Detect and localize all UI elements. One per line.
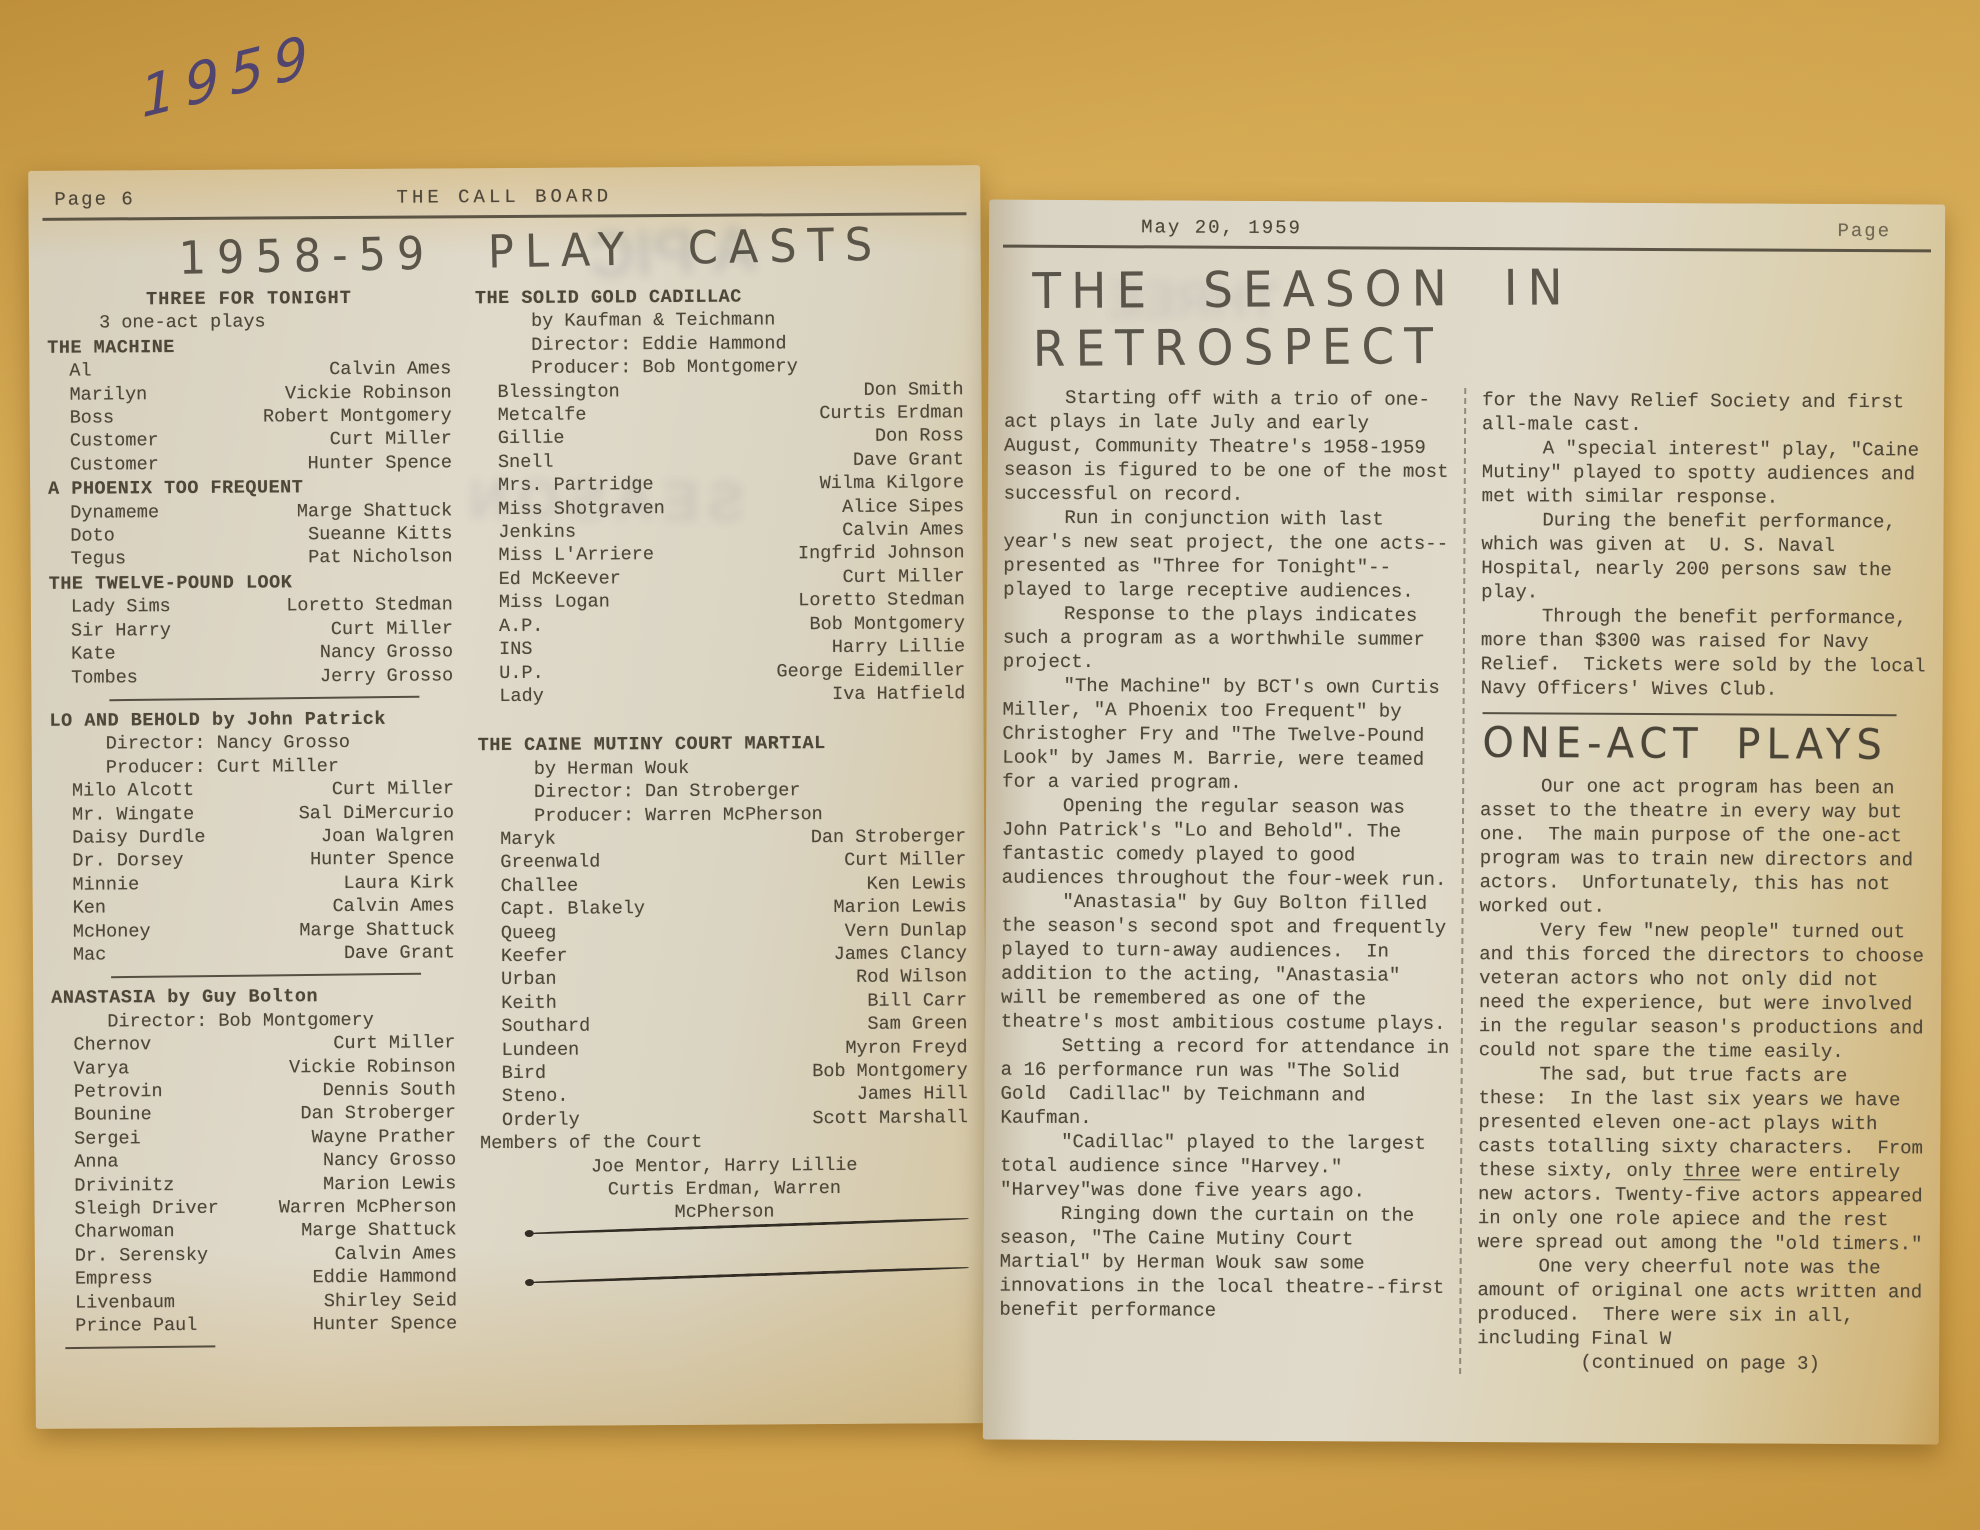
role-name: Customer <box>70 430 159 454</box>
role-name: INS <box>499 638 532 662</box>
cast-row: LivenbaumShirley Seid <box>53 1289 457 1315</box>
role-name: Varya <box>74 1057 130 1081</box>
actor-name: Joan Walgren <box>321 824 454 848</box>
cast-row: INSHarry Lillie <box>477 635 965 661</box>
cast-row: LadyIva Hatfield <box>477 682 965 708</box>
paragraph: "The Machine" by BCT's own Curtis Miller… <box>1002 674 1455 796</box>
role-name: Bird <box>502 1062 547 1086</box>
actor-name: Scott Marshall <box>812 1106 968 1130</box>
cast-row: U.P.George Eidemiller <box>477 659 965 685</box>
credit-list: Director: Nancy GrossoProducer: Curt Mil… <box>50 731 454 780</box>
actor-name: Sueanne Kitts <box>308 522 452 546</box>
paragraph: Opening the regular season was John Patr… <box>1002 794 1454 892</box>
actor-name: Ken Lewis <box>867 872 967 896</box>
role-name: Capt. Blakely <box>501 897 645 921</box>
cast-row: Sir HarryCurt Miller <box>49 617 453 643</box>
cast-row: MetcalfeCurtis Erdman <box>476 401 964 427</box>
cast-row: McHoneyMarge Shattuck <box>51 918 455 944</box>
left-column-2: THE SOLID GOLD CADILLAC by Kaufman & Tei… <box>475 283 970 1355</box>
role-name: Miss Logan <box>499 591 610 615</box>
cast-row: BirdBob Montgomery <box>480 1059 968 1085</box>
actor-name: Curt Miller <box>332 777 454 801</box>
actor-name: George Eidemiller <box>776 659 965 684</box>
role-name: Sir Harry <box>71 619 171 643</box>
actor-name: Laura Kirk <box>343 871 454 895</box>
cast-row: Milo AlcottCurt Miller <box>50 777 454 803</box>
cast-row: Ed McKeeverCurt Miller <box>477 565 965 591</box>
actor-name: Don Ross <box>875 425 964 449</box>
cast-row: SergeiWayne Prather <box>52 1125 456 1151</box>
cast-list: Lady SimsLoretto StedmanSir HarryCurt Mi… <box>49 594 454 690</box>
actor-name: Jerry Grosso <box>320 664 453 688</box>
left-page-header: Page 6 THE CALL BOARD <box>42 183 966 215</box>
cast-row: Capt. BlakelyMarion Lewis <box>479 895 967 921</box>
actor-name: Shirley Seid <box>324 1289 457 1313</box>
actor-name: Bob Montgomery <box>809 612 965 636</box>
cast-row: SnellDave Grant <box>476 448 964 474</box>
actor-name: Sam Green <box>867 1012 967 1036</box>
actor-name: Alice Sipes <box>842 495 964 519</box>
actor-name: Loretto Stedman <box>798 588 965 612</box>
role-name: Queeg <box>501 921 557 945</box>
role-name: Maryk <box>500 828 556 852</box>
actor-name: Ingfrid Johnson <box>798 542 965 566</box>
cast-row: MarykDan Stroberger <box>478 825 966 851</box>
paragraph-group: A "special interest" play, "Caine Mutiny… <box>1481 436 1928 702</box>
credit-line: Director: Dan Stroberger <box>478 778 966 804</box>
actor-name: Calvin Ames <box>842 518 964 542</box>
role-name: Blessington <box>497 380 619 404</box>
actor-name: Curt Miller <box>333 1032 455 1056</box>
role-name: Lady Sims <box>71 595 171 619</box>
paragraph: "Cadillac" played to the largest total a… <box>1000 1130 1452 1204</box>
program-title: THREE FOR TONIGHT <box>47 286 451 312</box>
actor-name: Marge Shattuck <box>301 1219 457 1243</box>
role-name: Ken <box>73 897 106 921</box>
cast-row: Miss ShotgravenAlice Sipes <box>476 495 964 521</box>
role-name: Lundeen <box>501 1038 579 1062</box>
role-name: Tegus <box>70 548 126 572</box>
cast-row: OrderlyScott Marshall <box>480 1106 968 1132</box>
cast-row: PetrovinDennis South <box>52 1078 456 1104</box>
play-name: THE MACHINE <box>47 334 451 360</box>
cast-row: MacDave Grant <box>51 941 455 967</box>
actor-name: Curt Miller <box>331 617 453 641</box>
role-name: Orderly <box>502 1108 580 1132</box>
role-name: Charwoman <box>75 1220 175 1244</box>
role-name: Keith <box>501 991 557 1015</box>
role-name: Chernov <box>73 1033 151 1057</box>
paragraph: Starting off with a trio of one-act play… <box>1004 386 1457 508</box>
cast-row: Lady SimsLoretto Stedman <box>49 594 453 620</box>
play-name: A PHOENIX TOO FREQUENT <box>48 476 452 502</box>
credit-line: Director: Nancy Grosso <box>50 731 454 757</box>
actor-name: Vickie Robinson <box>285 381 452 405</box>
actor-name: Vickie Robinson <box>289 1055 456 1079</box>
cast-row: QueegVern Dunlap <box>479 919 967 945</box>
cast-row: Miss LoganLoretto Stedman <box>477 588 965 614</box>
underlined-word: three <box>1683 1160 1740 1182</box>
court-member-line: Curtis Erdman, Warren <box>480 1176 968 1202</box>
role-name: Doto <box>70 524 115 548</box>
handwritten-year: 1959 <box>138 22 320 132</box>
cast-row: TombesJerry Grosso <box>49 664 453 690</box>
cast-row: CustomerHunter Spence <box>48 451 452 477</box>
newsletter-left-page: A PIC SEASON Page 6 THE CALL BOARD 1958-… <box>28 165 988 1429</box>
credit-line: Producer: Bob Montgomery <box>475 354 963 380</box>
section-rule <box>109 696 419 702</box>
actor-name: Iva Hatfield <box>832 682 965 706</box>
paragraph-continuation: for the Navy Relief Society and first al… <box>1482 388 1928 438</box>
cast-row: Miss L'ArriereIngfrid Johnson <box>476 542 964 568</box>
cast-row: Prince PaulHunter Spence <box>53 1312 457 1338</box>
credit-line: Director: Eddie Hammond <box>475 331 963 357</box>
cast-row: BlessingtonDon Smith <box>475 378 963 404</box>
paragraph: Through the benefit performance, more th… <box>1481 604 1927 702</box>
cast-row: DynamemeMarge Shattuck <box>48 499 452 525</box>
actor-name: Rod Wilson <box>856 966 967 990</box>
actor-name: Pat Nicholson <box>308 546 452 570</box>
cast-row: LundeenMyron Freyd <box>479 1036 967 1062</box>
cast-row: CustomerCurt Miller <box>48 428 452 454</box>
role-name: Kate <box>71 642 116 666</box>
continued-notice: (continued on page 3) <box>1477 1350 1923 1376</box>
role-name: Customer <box>70 453 159 477</box>
cast-list: AlCalvin AmesMarilynVickie RobinsonBossR… <box>47 358 452 477</box>
actor-name: Curt Miller <box>844 849 966 873</box>
cast-row: KeithBill Carr <box>479 989 967 1015</box>
actor-name: Sal DiMercurio <box>299 801 455 825</box>
article-title: THE SEASON IN RETROSPECT <box>1032 257 1945 379</box>
role-name: Miss Shotgraven <box>498 497 665 521</box>
role-name: Mr. Wingate <box>72 802 194 826</box>
actor-name: Loretto Stedman <box>286 594 453 618</box>
paragraph: Response to the plays indicates such a p… <box>1003 602 1455 676</box>
actor-name: Myron Freyd <box>845 1036 967 1060</box>
actor-name: Nancy Grosso <box>323 1149 456 1173</box>
cast-row: JenkinsCalvin Ames <box>476 518 964 544</box>
newsletter-name: THE CALL BOARD <box>42 183 966 211</box>
credit-list: by Kaufman & TeichmannDirector: Eddie Ha… <box>475 308 963 381</box>
cast-row: ChernovCurt Miller <box>51 1032 455 1058</box>
actor-name: Eddie Hammond <box>313 1266 457 1290</box>
left-column-1: THREE FOR TONIGHT 3 one-act plays THE MA… <box>47 286 458 1358</box>
role-name: Tombes <box>71 666 138 690</box>
right-page-header: May 20, 1959 Page <box>1003 216 1931 247</box>
actor-name: Dan Stroberger <box>811 825 967 849</box>
role-name: A.P. <box>499 614 544 638</box>
actor-name: Hunter Spence <box>310 848 454 872</box>
role-name: Urban <box>501 968 557 992</box>
cast-row: KenCalvin Ames <box>51 894 455 920</box>
cast-list: DynamemeMarge ShattuckDotoSueanne KittsT… <box>48 499 452 572</box>
actor-name: Calvin Ames <box>332 894 454 918</box>
section-rule <box>1483 712 1897 716</box>
cast-row: VaryaVickie Robinson <box>52 1055 456 1081</box>
role-name: Challee <box>500 874 578 898</box>
role-name: Prince Paul <box>75 1314 197 1338</box>
role-name: Dr. Serensky <box>75 1244 208 1268</box>
credit-line: Director: Bob Montgomery <box>51 1008 455 1034</box>
cast-list: MarykDan StrobergerGreenwaldCurt MillerC… <box>478 825 968 1132</box>
left-main-title: 1958-59 PLAY CASTS <box>178 216 981 285</box>
cast-row: EmpressEddie Hammond <box>53 1266 457 1292</box>
paragraph: Our one act program has been an asset to… <box>1479 774 1926 920</box>
actor-name: Wayne Prather <box>312 1125 456 1149</box>
role-name: Boss <box>70 406 115 430</box>
actor-name: Marge Shattuck <box>297 499 453 523</box>
role-name: Empress <box>75 1267 153 1291</box>
credit-line: by Herman Wouk <box>478 755 966 781</box>
cast-row: Dr. DorseyHunter Spence <box>50 848 454 874</box>
role-name: Keefer <box>501 945 568 969</box>
role-name: Steno. <box>502 1085 569 1109</box>
cast-row: A.P.Bob Montgomery <box>477 612 965 638</box>
actor-name: James Hill <box>857 1083 968 1107</box>
page-number: Page <box>1837 220 1891 242</box>
role-name: Drivinitz <box>74 1174 174 1198</box>
paragraph-group: One very cheerful note was the amount of… <box>1477 1254 1923 1352</box>
header-rule <box>1003 245 1931 253</box>
actor-name: Hunter Spence <box>308 451 452 475</box>
credit-list: Director: Bob Montgomery <box>51 1008 455 1034</box>
cast-row: Mrs. PartridgeWilma Kilgore <box>476 471 964 497</box>
issue-date: May 20, 1959 <box>1141 216 1302 239</box>
actor-name: Wilma Kilgore <box>820 471 964 495</box>
cast-row: DrivinitzMarion Lewis <box>52 1172 456 1198</box>
cast-row: MinnieLaura Kirk <box>50 871 454 897</box>
role-name: Petrovin <box>74 1080 163 1104</box>
scrapbook-page: 1959 A PIC SEASON Page 6 THE CALL BOARD … <box>0 0 1980 1530</box>
role-name: Milo Alcott <box>72 779 194 803</box>
section-rule <box>65 1346 215 1350</box>
actor-name: Nancy Grosso <box>320 640 453 664</box>
play-title: LO AND BEHOLD by John Patrick <box>49 707 453 733</box>
cast-row: BossRobert Montgomery <box>48 404 452 430</box>
paragraph-with-underline: The sad, but true facts are these: In th… <box>1478 1062 1925 1256</box>
role-name: Al <box>69 360 91 384</box>
actor-name: Vern Dunlap <box>845 919 967 943</box>
actor-name: Curtis Erdman <box>819 401 963 425</box>
paragraph: During the benefit performance, which wa… <box>1481 508 1927 606</box>
play-title: THE SOLID GOLD CADILLAC <box>475 284 963 310</box>
paragraph: Very few "new people" turned out and thi… <box>1479 918 1926 1064</box>
actor-name: Hunter Spence <box>313 1312 457 1336</box>
article-column-1: Starting off with a trio of one-act play… <box>999 386 1464 1374</box>
paragraph: One very cheerful note was the amount of… <box>1477 1254 1923 1352</box>
role-name: Minnie <box>72 873 139 897</box>
credit-line: Producer: Warren McPherson <box>478 802 966 828</box>
actor-name: Curt Miller <box>330 428 452 452</box>
role-name: Southard <box>501 1015 590 1039</box>
newsletter-right-page: THREE May 20, 1959 Page THE SEASON IN RE… <box>983 200 1945 1445</box>
role-name: Metcalfe <box>498 404 587 428</box>
cast-row: ChalleeKen Lewis <box>478 872 966 898</box>
cast-row: BounineDan Stroberger <box>52 1102 456 1128</box>
role-name: Bounine <box>74 1104 152 1128</box>
role-name: Snell <box>498 451 554 475</box>
actor-name: Curt Miller <box>842 565 964 589</box>
role-name: Livenbaum <box>75 1291 175 1315</box>
paragraph: Ringing down the curtain on the season, … <box>999 1202 1452 1324</box>
cast-row: Daisy DurdleJoan Walgren <box>50 824 454 850</box>
cast-row: KeeferJames Clancy <box>479 942 967 968</box>
paragraph-group: Our one act program has been an asset to… <box>1479 774 1927 1064</box>
credit-list: by Herman WoukDirector: Dan StrobergerPr… <box>478 755 966 828</box>
role-name: Daisy Durdle <box>72 826 205 850</box>
section-rule <box>111 973 421 979</box>
actor-name: Dave Grant <box>853 448 964 472</box>
paragraph: A "special interest" play, "Caine Mutiny… <box>1482 436 1928 510</box>
credit-line: by Kaufman & Teichmann <box>475 308 963 334</box>
cast-row: KateNancy Grosso <box>49 640 453 666</box>
actor-name: James Clancy <box>834 942 967 966</box>
role-name: Dynameme <box>70 501 159 525</box>
actor-name: Calvin Ames <box>335 1242 457 1266</box>
cast-row: Dr. SerenskyCalvin Ames <box>53 1242 457 1268</box>
role-name: Gillie <box>498 427 565 451</box>
actor-name: Marge Shattuck <box>299 918 455 942</box>
cast-row: MarilynVickie Robinson <box>47 381 451 407</box>
actor-name: Dan Stroberger <box>300 1102 456 1126</box>
cast-row: DotoSueanne Kitts <box>48 522 452 548</box>
actor-name: Dave Grant <box>344 941 455 965</box>
role-name: Mrs. Partridge <box>498 473 654 497</box>
actor-name: Harry Lillie <box>832 635 965 659</box>
role-name: Dr. Dorsey <box>72 849 183 873</box>
hand-drawn-line <box>529 1266 969 1284</box>
paragraph: Setting a record for attendance in a 16 … <box>1000 1034 1452 1132</box>
cast-row: SouthardSam Green <box>479 1012 967 1038</box>
role-name: Marilyn <box>69 383 147 407</box>
role-name: Miss L'Arriere <box>498 544 654 568</box>
actor-name: Bob Montgomery <box>812 1059 968 1083</box>
play-title: ANASTASIA by Guy Bolton <box>51 985 455 1011</box>
article-column-2: for the Navy Relief Society and first al… <box>1459 388 1928 1376</box>
actor-name: Dennis South <box>322 1078 455 1102</box>
cast-row: GillieDon Ross <box>476 425 964 451</box>
cast-row: GreenwaldCurt Miller <box>478 849 966 875</box>
cast-row: UrbanRod Wilson <box>479 966 967 992</box>
cast-list: BlessingtonDon SmithMetcalfeCurtis Erdma… <box>475 378 965 709</box>
actor-name: Calvin Ames <box>329 358 451 382</box>
role-name: U.P. <box>499 661 544 685</box>
role-name: Sleigh Driver <box>74 1197 218 1221</box>
cast-row: AnnaNancy Grosso <box>52 1149 456 1175</box>
role-name: Greenwald <box>500 851 600 875</box>
role-name: Anna <box>74 1151 119 1175</box>
cast-row: Steno.James Hill <box>480 1083 968 1109</box>
role-name: Ed McKeever <box>499 567 621 591</box>
cast-list: Milo AlcottCurt MillerMr. WingateSal DiM… <box>50 777 455 967</box>
cast-row: CharwomanMarge Shattuck <box>53 1219 457 1245</box>
cast-list: ChernovCurt MillerVaryaVickie RobinsonPe… <box>51 1032 457 1339</box>
role-name: Sergei <box>74 1127 141 1151</box>
section-title: ONE-ACT PLAYS <box>1482 719 1926 770</box>
cast-row: Mr. WingateSal DiMercurio <box>50 801 454 827</box>
court-label: Members of the Court <box>480 1129 968 1155</box>
actor-name: Don Smith <box>864 378 964 402</box>
actor-name: Robert Montgomery <box>263 404 452 429</box>
cast-row: TegusPat Nicholson <box>48 546 452 572</box>
role-name: Lady <box>499 685 544 709</box>
actor-name: Bill Carr <box>867 989 967 1013</box>
play-title: THE CAINE MUTINY COURT MARTIAL <box>478 732 966 758</box>
actor-name: Warren McPherson <box>279 1195 457 1219</box>
court-member-line: Joe Mentor, Harry Lillie <box>480 1153 968 1179</box>
program-subtitle: 3 one-act plays <box>47 310 451 336</box>
role-name: McHoney <box>73 920 151 944</box>
court-members: Joe Mentor, Harry LillieCurtis Erdman, W… <box>480 1153 968 1226</box>
actor-name: Marion Lewis <box>833 895 966 919</box>
paragraph: "Anastasia" by Guy Bolton filled the sea… <box>1001 890 1454 1036</box>
cast-row: AlCalvin Ames <box>47 358 451 384</box>
play-name: THE TWELVE-POUND LOOK <box>49 570 453 596</box>
role-name: Jenkins <box>498 521 576 545</box>
role-name: Mac <box>73 943 106 967</box>
paragraph: Run in conjunction with last year's new … <box>1003 506 1455 604</box>
credit-line: Producer: Curt Miller <box>50 754 454 780</box>
cast-row: Sleigh DriverWarren McPherson <box>52 1195 456 1221</box>
actor-name: Marion Lewis <box>323 1172 456 1196</box>
